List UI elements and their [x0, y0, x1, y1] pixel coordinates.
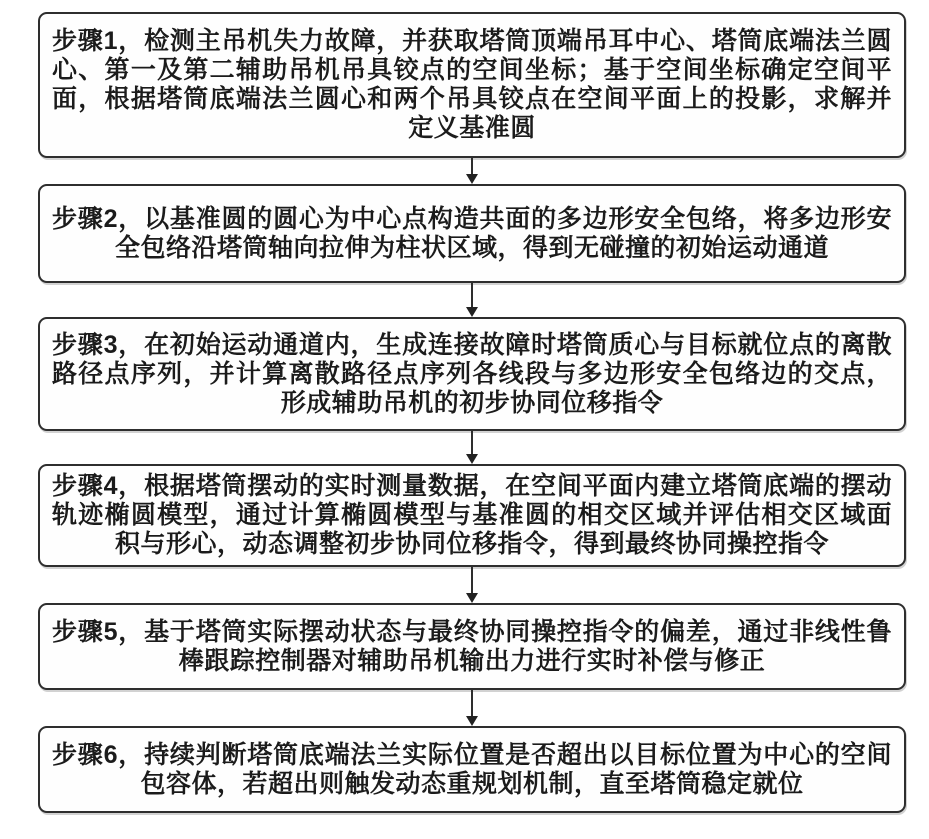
arrow-head-icon — [466, 307, 478, 317]
arrow-line — [471, 567, 473, 593]
arrow-head-icon — [466, 454, 478, 464]
flow-step-2-box: 步骤2，以基准圆的圆心为中心点构造共面的多边形安全包络，将多边形安全包络沿塔筒轴… — [38, 184, 906, 283]
arrow-head-icon — [466, 716, 478, 726]
down-arrow — [38, 567, 906, 603]
flow-step-3-text: 步骤3，在初始运动通道内，生成连接故障时塔筒质心与目标就位点的离散路径点序列，并… — [52, 331, 892, 418]
flow-step-1-text: 步骤1，检测主吊机失力故障，并获取塔筒顶端吊耳中心、塔筒底端法兰圆心、第一及第二… — [52, 27, 892, 143]
arrow-head-icon — [466, 174, 478, 184]
arrow-line — [471, 431, 473, 454]
flow-step-6-text: 步骤6，持续判断塔筒底端法兰实际位置是否超出以目标位置为中心的空间包容体，若超出… — [52, 741, 892, 799]
flowchart: 步骤1，检测主吊机失力故障，并获取塔筒顶端吊耳中心、塔筒底端法兰圆心、第一及第二… — [38, 12, 906, 813]
patent-flowchart-figure: 步骤1，检测主吊机失力故障，并获取塔筒顶端吊耳中心、塔筒底端法兰圆心、第一及第二… — [0, 0, 929, 839]
flow-step-2-text: 步骤2，以基准圆的圆心为中心点构造共面的多边形安全包络，将多边形安全包络沿塔筒轴… — [52, 205, 892, 263]
down-arrow — [38, 283, 906, 317]
flow-step-6-box: 步骤6，持续判断塔筒底端法兰实际位置是否超出以目标位置为中心的空间包容体，若超出… — [38, 726, 906, 813]
flow-step-4-box: 步骤4，根据塔筒摆动的实时测量数据，在空间平面内建立塔筒底端的摆动轨迹椭圆模型，… — [38, 464, 906, 567]
flow-step-1-box: 步骤1，检测主吊机失力故障，并获取塔筒顶端吊耳中心、塔筒底端法兰圆心、第一及第二… — [38, 12, 906, 158]
down-arrow — [38, 158, 906, 184]
down-arrow — [38, 431, 906, 464]
arrow-line — [471, 158, 473, 174]
flow-step-4-text: 步骤4，根据塔筒摆动的实时测量数据，在空间平面内建立塔筒底端的摆动轨迹椭圆模型，… — [52, 472, 892, 559]
down-arrow — [38, 690, 906, 726]
flow-step-3-box: 步骤3，在初始运动通道内，生成连接故障时塔筒质心与目标就位点的离散路径点序列，并… — [38, 317, 906, 431]
flow-step-5-box: 步骤5，基于塔筒实际摆动状态与最终协同操控指令的偏差，通过非线性鲁棒跟踪控制器对… — [38, 603, 906, 690]
flow-step-5-text: 步骤5，基于塔筒实际摆动状态与最终协同操控指令的偏差，通过非线性鲁棒跟踪控制器对… — [52, 618, 892, 676]
arrow-head-icon — [466, 593, 478, 603]
arrow-line — [471, 283, 473, 307]
arrow-line — [471, 690, 473, 716]
